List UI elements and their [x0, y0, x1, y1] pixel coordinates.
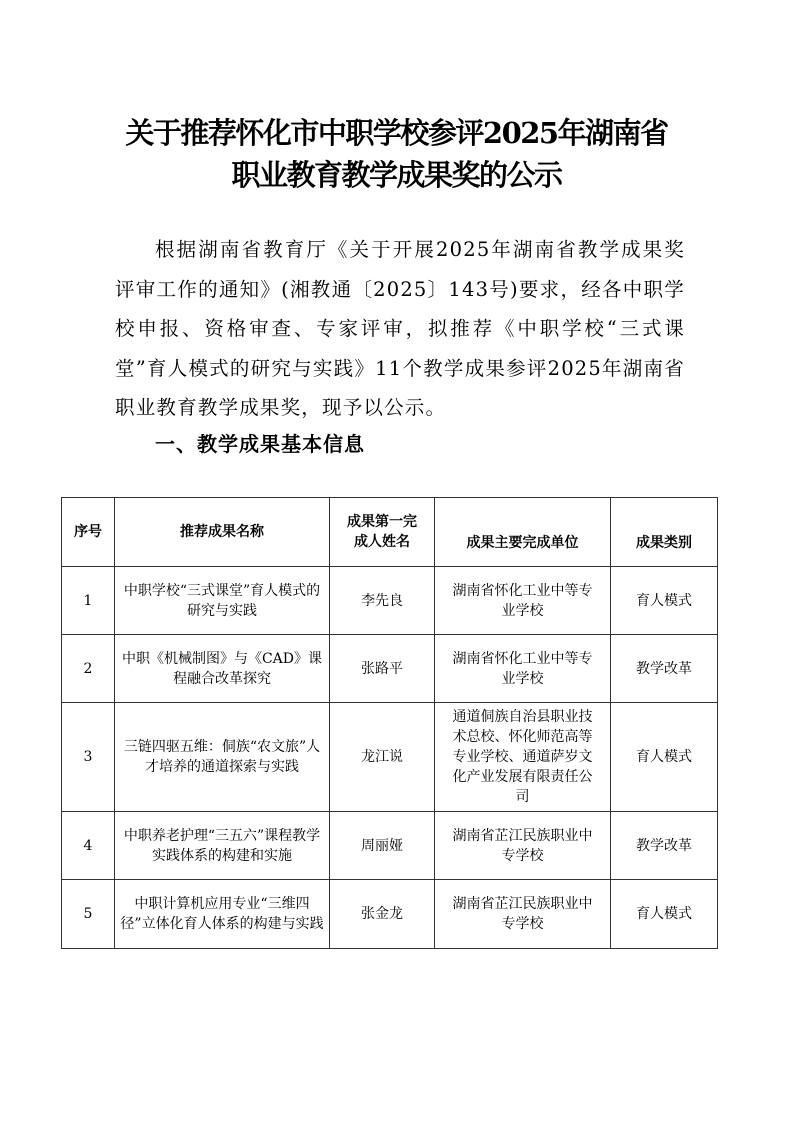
table-row: 4 中职养老护理“三五六”课程教学实践体系的构建和实施 周丽娅 湖南省芷江民族职… [62, 812, 718, 880]
table-header-row: 序号 推荐成果名称 成果第一完成人姓名 成果主要完成单位 成果类别 [62, 498, 718, 567]
cell-unit: 湖南省芷江民族职业中专学校 [435, 812, 611, 880]
cell-name: 中职养老护理“三五六”课程教学实践体系的构建和实施 [115, 812, 330, 880]
cell-category: 教学改革 [611, 635, 718, 703]
document-title-line-2: 职业教育教学成果奖的公示 [0, 155, 793, 195]
cell-unit: 湖南省怀化工业中等专业学校 [435, 567, 611, 635]
table-row: 1 中职学校“三式课堂”育人模式的研究与实践 李先良 湖南省怀化工业中等专业学校… [62, 567, 718, 635]
table-row: 2 中职《机械制图》与《CAD》课程融合改革探究 张路平 湖南省怀化工业中等专业… [62, 635, 718, 703]
body-paragraph: 根据湖南省教育厅《关于开展2025年湖南省教学成果奖评审工作的通知》(湘教通〔2… [115, 230, 685, 428]
cell-no: 5 [62, 880, 115, 949]
cell-no: 4 [62, 812, 115, 880]
cell-no: 3 [62, 703, 115, 812]
cell-name: 中职学校“三式课堂”育人模式的研究与实践 [115, 567, 330, 635]
cell-person: 李先良 [330, 567, 435, 635]
cell-unit-text: 湖南省芷江民族职业中专学校 [450, 894, 595, 934]
cell-no: 2 [62, 635, 115, 703]
table-row: 5 中职计算机应用专业“三维四径”立体化育人体系的构建与实践 张金龙 湖南省芷江… [62, 880, 718, 949]
section-heading: 一、教学成果基本信息 [155, 428, 365, 457]
header-person: 成果第一完成人姓名 [330, 498, 435, 567]
cell-category: 育人模式 [611, 880, 718, 949]
cell-unit: 湖南省芷江民族职业中专学校 [435, 880, 611, 949]
cell-person: 张金龙 [330, 880, 435, 949]
document-title-line-1: 关于推荐怀化市中职学校参评2025年湖南省 [0, 113, 793, 153]
cell-name: 中职计算机应用专业“三维四径”立体化育人体系的构建与实践 [115, 880, 330, 949]
cell-category: 教学改革 [611, 812, 718, 880]
cell-name: 三链四驱五维：侗族“农文旅”人才培养的通道探索与实践 [115, 703, 330, 812]
cell-unit: 通道侗族自治县职业技术总校、怀化师范高等专业学校、通道萨岁文化产业发展有限责任公… [435, 703, 611, 812]
header-person-text: 成果第一完成人姓名 [347, 512, 417, 552]
cell-category: 育人模式 [611, 703, 718, 812]
header-no: 序号 [62, 498, 115, 567]
cell-person: 周丽娅 [330, 812, 435, 880]
cell-person: 龙江说 [330, 703, 435, 812]
cell-unit-text: 湖南省芷江民族职业中专学校 [450, 826, 595, 866]
cell-category: 育人模式 [611, 567, 718, 635]
header-category: 成果类别 [611, 498, 718, 567]
cell-unit-text: 湖南省怀化工业中等专业学校 [450, 649, 595, 689]
cell-unit-text: 湖南省怀化工业中等专业学校 [450, 581, 595, 621]
cell-person: 张路平 [330, 635, 435, 703]
cell-unit: 湖南省怀化工业中等专业学校 [435, 635, 611, 703]
cell-unit-text: 通道侗族自治县职业技术总校、怀化师范高等专业学校、通道萨岁文化产业发展有限责任公… [450, 707, 595, 807]
cell-name: 中职《机械制图》与《CAD》课程融合改革探究 [115, 635, 330, 703]
cell-no: 1 [62, 567, 115, 635]
header-unit: 成果主要完成单位 [435, 498, 611, 567]
achievements-table: 序号 推荐成果名称 成果第一完成人姓名 成果主要完成单位 成果类别 1 中职学校… [61, 497, 718, 949]
table-row: 3 三链四驱五维：侗族“农文旅”人才培养的通道探索与实践 龙江说 通道侗族自治县… [62, 703, 718, 812]
header-name: 推荐成果名称 [115, 498, 330, 567]
